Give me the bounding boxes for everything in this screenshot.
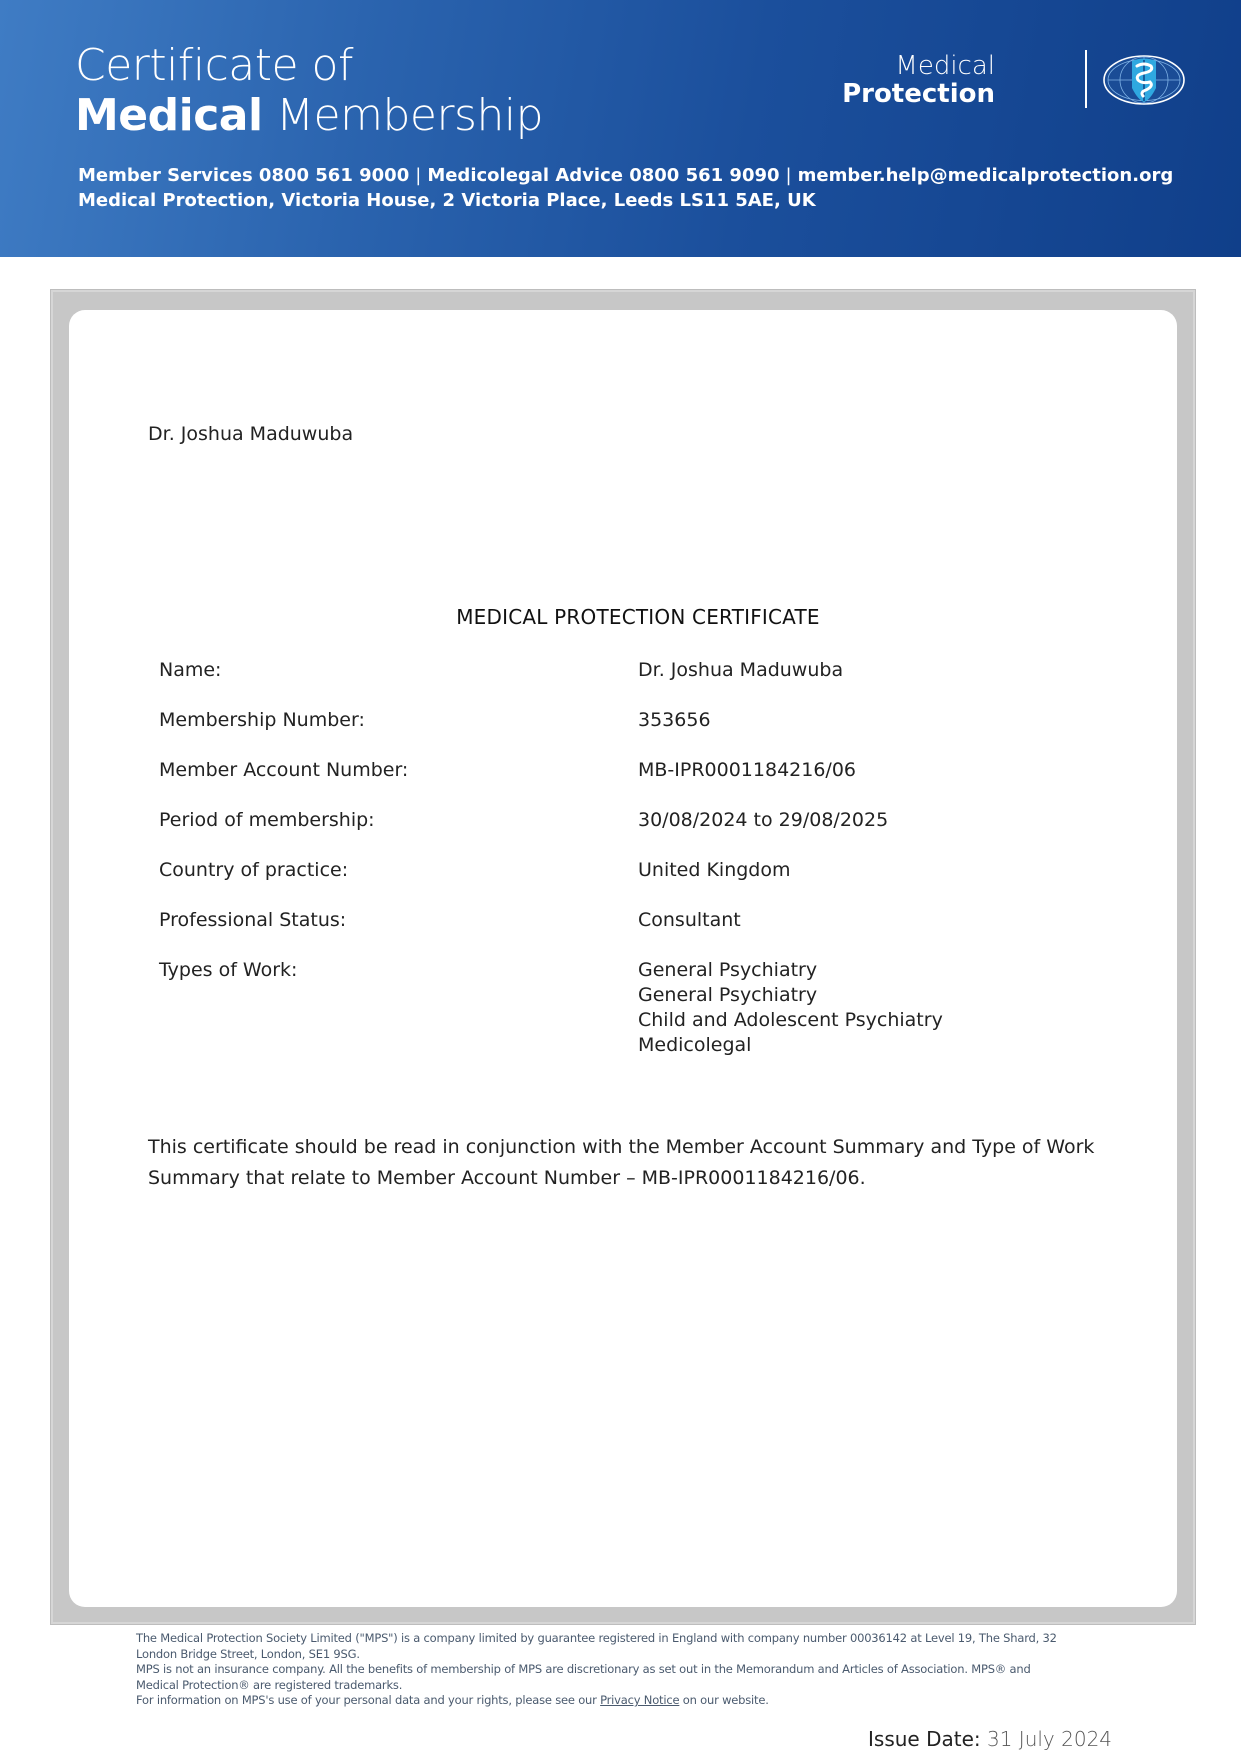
privacy-notice-link[interactable]: Privacy Notice bbox=[600, 1693, 679, 1707]
brand-line1: Medical bbox=[842, 52, 995, 80]
header-title-light: Membership bbox=[276, 90, 543, 141]
detail-row-period: Period of membership: 30/08/2024 to 29/0… bbox=[159, 808, 1059, 833]
issue-date: Issue Date: 31 July 2024 bbox=[868, 1727, 1112, 1751]
medicolegal-advice-phone: Medicolegal Advice 0800 561 9090 bbox=[427, 165, 779, 186]
header-title-line1: Certificate of bbox=[75, 40, 353, 92]
header-title-line2: Medical Membership bbox=[75, 90, 543, 142]
detail-row-account-number: Member Account Number: MB-IPR0001184216/… bbox=[159, 758, 1059, 783]
contact-address: Medical Protection, Victoria House, 2 Vi… bbox=[78, 188, 1173, 213]
brand-line2: Protection bbox=[842, 80, 995, 108]
detail-row-types-of-work: Types of Work: General Psychiatry Genera… bbox=[159, 958, 1059, 1058]
header-title-bold: Medical bbox=[75, 90, 263, 141]
type-of-work-item: Child and Adolescent Psychiatry bbox=[638, 1008, 1059, 1033]
field-label: Membership Number: bbox=[159, 708, 638, 733]
separator: | bbox=[409, 165, 427, 186]
contact-line-1: Member Services 0800 561 9000|Medicolega… bbox=[78, 163, 1173, 188]
certificate-details: Name: Dr. Joshua Maduwuba Membership Num… bbox=[159, 658, 1059, 1083]
separator: | bbox=[780, 165, 798, 186]
recipient-name: Dr. Joshua Maduwuba bbox=[148, 423, 353, 445]
field-label: Period of membership: bbox=[159, 808, 638, 833]
field-value: Dr. Joshua Maduwuba bbox=[638, 658, 1059, 683]
detail-row-membership-number: Membership Number: 353656 bbox=[159, 708, 1059, 733]
detail-row-country: Country of practice: United Kingdom bbox=[159, 858, 1059, 883]
footer-privacy-line: For information on MPS's use of your per… bbox=[136, 1693, 1076, 1709]
issue-date-label: Issue Date: bbox=[868, 1727, 981, 1751]
field-label: Types of Work: bbox=[159, 958, 638, 1058]
issue-date-value: 31 July 2024 bbox=[987, 1727, 1112, 1751]
detail-row-name: Name: Dr. Joshua Maduwuba bbox=[159, 658, 1059, 683]
footer-insurance-disclaimer: MPS is not an insurance company. All the… bbox=[136, 1662, 1076, 1693]
certificate-note: This certificate should be read in conju… bbox=[148, 1132, 1108, 1194]
type-of-work-item: General Psychiatry bbox=[638, 958, 1059, 983]
field-value: United Kingdom bbox=[638, 858, 1059, 883]
brand-logo-text: Medical Protection bbox=[842, 52, 995, 108]
field-value: 30/08/2024 to 29/08/2025 bbox=[638, 808, 1059, 833]
field-value: 353656 bbox=[638, 708, 1059, 733]
globe-caduceus-icon bbox=[1102, 54, 1186, 106]
contact-info: Member Services 0800 561 9000|Medicolega… bbox=[78, 163, 1173, 213]
footer-company-info: The Medical Protection Society Limited (… bbox=[136, 1631, 1076, 1662]
field-label: Name: bbox=[159, 658, 638, 683]
member-help-email[interactable]: member.help@medicalprotection.org bbox=[798, 165, 1174, 186]
field-value: MB-IPR0001184216/06 bbox=[638, 758, 1059, 783]
field-label: Member Account Number: bbox=[159, 758, 638, 783]
footer-privacy-suffix: on our website. bbox=[679, 1693, 768, 1707]
types-of-work-list: General Psychiatry General Psychiatry Ch… bbox=[638, 958, 1059, 1058]
field-value: Consultant bbox=[638, 908, 1059, 933]
footer-privacy-prefix: For information on MPS's use of your per… bbox=[136, 1693, 600, 1707]
field-label: Country of practice: bbox=[159, 858, 638, 883]
legal-footer: The Medical Protection Society Limited (… bbox=[136, 1631, 1076, 1709]
brand-divider bbox=[1085, 50, 1087, 108]
type-of-work-item: General Psychiatry bbox=[638, 983, 1059, 1008]
certificate-header: Certificate of Medical Membership Member… bbox=[0, 0, 1241, 257]
field-label: Professional Status: bbox=[159, 908, 638, 933]
detail-row-professional-status: Professional Status: Consultant bbox=[159, 908, 1059, 933]
member-services-phone: Member Services 0800 561 9000 bbox=[78, 165, 409, 186]
type-of-work-item: Medicolegal bbox=[638, 1033, 1059, 1058]
certificate-title: MEDICAL PROTECTION CERTIFICATE bbox=[0, 605, 1241, 629]
